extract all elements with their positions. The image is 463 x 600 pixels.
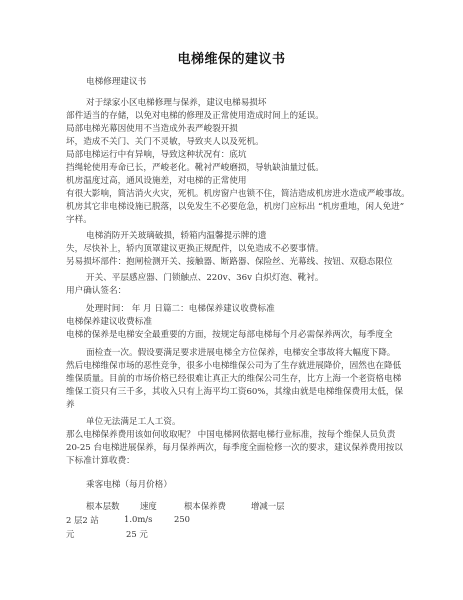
table-header: 增减一层 bbox=[251, 500, 285, 512]
paragraph-line: 维保工资只有三千多，其收入只有上海平均工资60%，其缘由就是电梯维保费用太低，保 bbox=[66, 387, 403, 398]
section-heading: 电梯保养建议收费标准 bbox=[66, 317, 152, 328]
paragraph-line: 单位无法满足工人工资。 bbox=[86, 417, 181, 428]
table-cell: 1.0m/s bbox=[124, 514, 152, 524]
paragraph-line: 字样。 bbox=[66, 215, 92, 226]
paragraph-line: 电梯消防开关玻璃破损，轿箱内温馨提示牌的遗 bbox=[86, 231, 266, 242]
paragraph-line: 部件适当的存储，以免对电梯的修理及正常使用造成时间上的延误。 bbox=[66, 111, 324, 122]
paragraph-line: 局部电梯光幕因使用不当造成外表严峻裂开损 bbox=[66, 124, 238, 135]
table-cell: 250 bbox=[174, 514, 190, 524]
table-header: 根本层数 bbox=[86, 500, 120, 512]
paragraph-line: 坏，造成不关门、关门不灵敏，导致夹人以及死机。 bbox=[66, 137, 264, 148]
table-header: 根本保养费 bbox=[184, 500, 226, 512]
table-cell: 元 bbox=[66, 528, 74, 540]
paragraph-line: 20-25 台电梯进展保养，每月保养两次，每季度全面检修一次的要求，建议保养费用… bbox=[66, 443, 403, 454]
table-cell: 25 元 bbox=[126, 528, 148, 540]
paragraph-line: 养 bbox=[66, 400, 75, 411]
paragraph-line: 局部电梯运行中有异响，导致这种状况有：底坑 bbox=[66, 150, 246, 161]
document-title: 电梯维保的建议书 bbox=[0, 48, 463, 67]
subtitle: 电梯修理建议书 bbox=[86, 77, 146, 88]
signature-label: 用户确认签名： bbox=[66, 286, 126, 297]
paragraph-line: 维保质量。目前的市场价格已经很难让真正大的维保公司生存，比方上海一个老资格电梯 bbox=[66, 374, 401, 385]
paragraph-line: 机房温度过高，通风设施差，对电梯的正常使用 bbox=[66, 176, 246, 187]
paragraph-line: 开关、平层感应器、门锁触点、220v、36v 白炽灯泡、靴衬。 bbox=[86, 273, 323, 284]
paragraph-line: 对于绿家小区电梯修理与保养，建议电梯易损坏 bbox=[86, 98, 266, 109]
process-time-line: 处理时间： 年 月 日篇二：电梯保养建议收费标准 bbox=[86, 304, 275, 315]
paragraph-line: 电梯的保养是电梯安全最重要的方面，按规定每部电梯每个月必需保养两次，每季度全 bbox=[66, 330, 393, 341]
paragraph-line: 面检查一次。假设要满足要求进展电梯全方位保养，电梯安全事故将大幅度下降。 bbox=[86, 348, 395, 359]
table-cell: 2 层2 站 bbox=[66, 514, 99, 526]
paragraph-line: 下标准计算收费： bbox=[66, 456, 135, 467]
paragraph-line: 那么电梯保养费用该如何收取呢？ 中国电梯网依据电梯行业标准，按每个维保人员负责 bbox=[66, 430, 395, 441]
paragraph-line: 有很大影响，简洁消火火灾，死机。机房窗户也锁不住，简洁造成机房进水造成严峻事故。 bbox=[66, 189, 410, 200]
paragraph-line: 挡绳轮使用寿命已长，严峻老化。靴衬严峻磨损，导轨缺油量过低。 bbox=[66, 163, 324, 174]
paragraph-line: 机房其它非电梯设施已脱落，以免发生不必要危急，机房门应标出 “机房重地，闲人免进… bbox=[66, 202, 404, 213]
paragraph-line: 然后电梯维保市场的恶性竞争，很多小电梯维保公司为了生存就进展降价，固然也在降低 bbox=[66, 361, 401, 372]
paragraph-line: 另易损坏部件：抱闸检测开关、接触器、断路器、保险丝、光幕线、按钮、双稳态限位 bbox=[66, 257, 393, 268]
paragraph-line: 失，尽快补上，轿内顶罩建议更换正规配件，以免造成不必要事情。 bbox=[66, 244, 324, 255]
table-header: 速度 bbox=[140, 500, 157, 512]
table-caption: 乘客电梯（每月价格） bbox=[86, 480, 172, 491]
